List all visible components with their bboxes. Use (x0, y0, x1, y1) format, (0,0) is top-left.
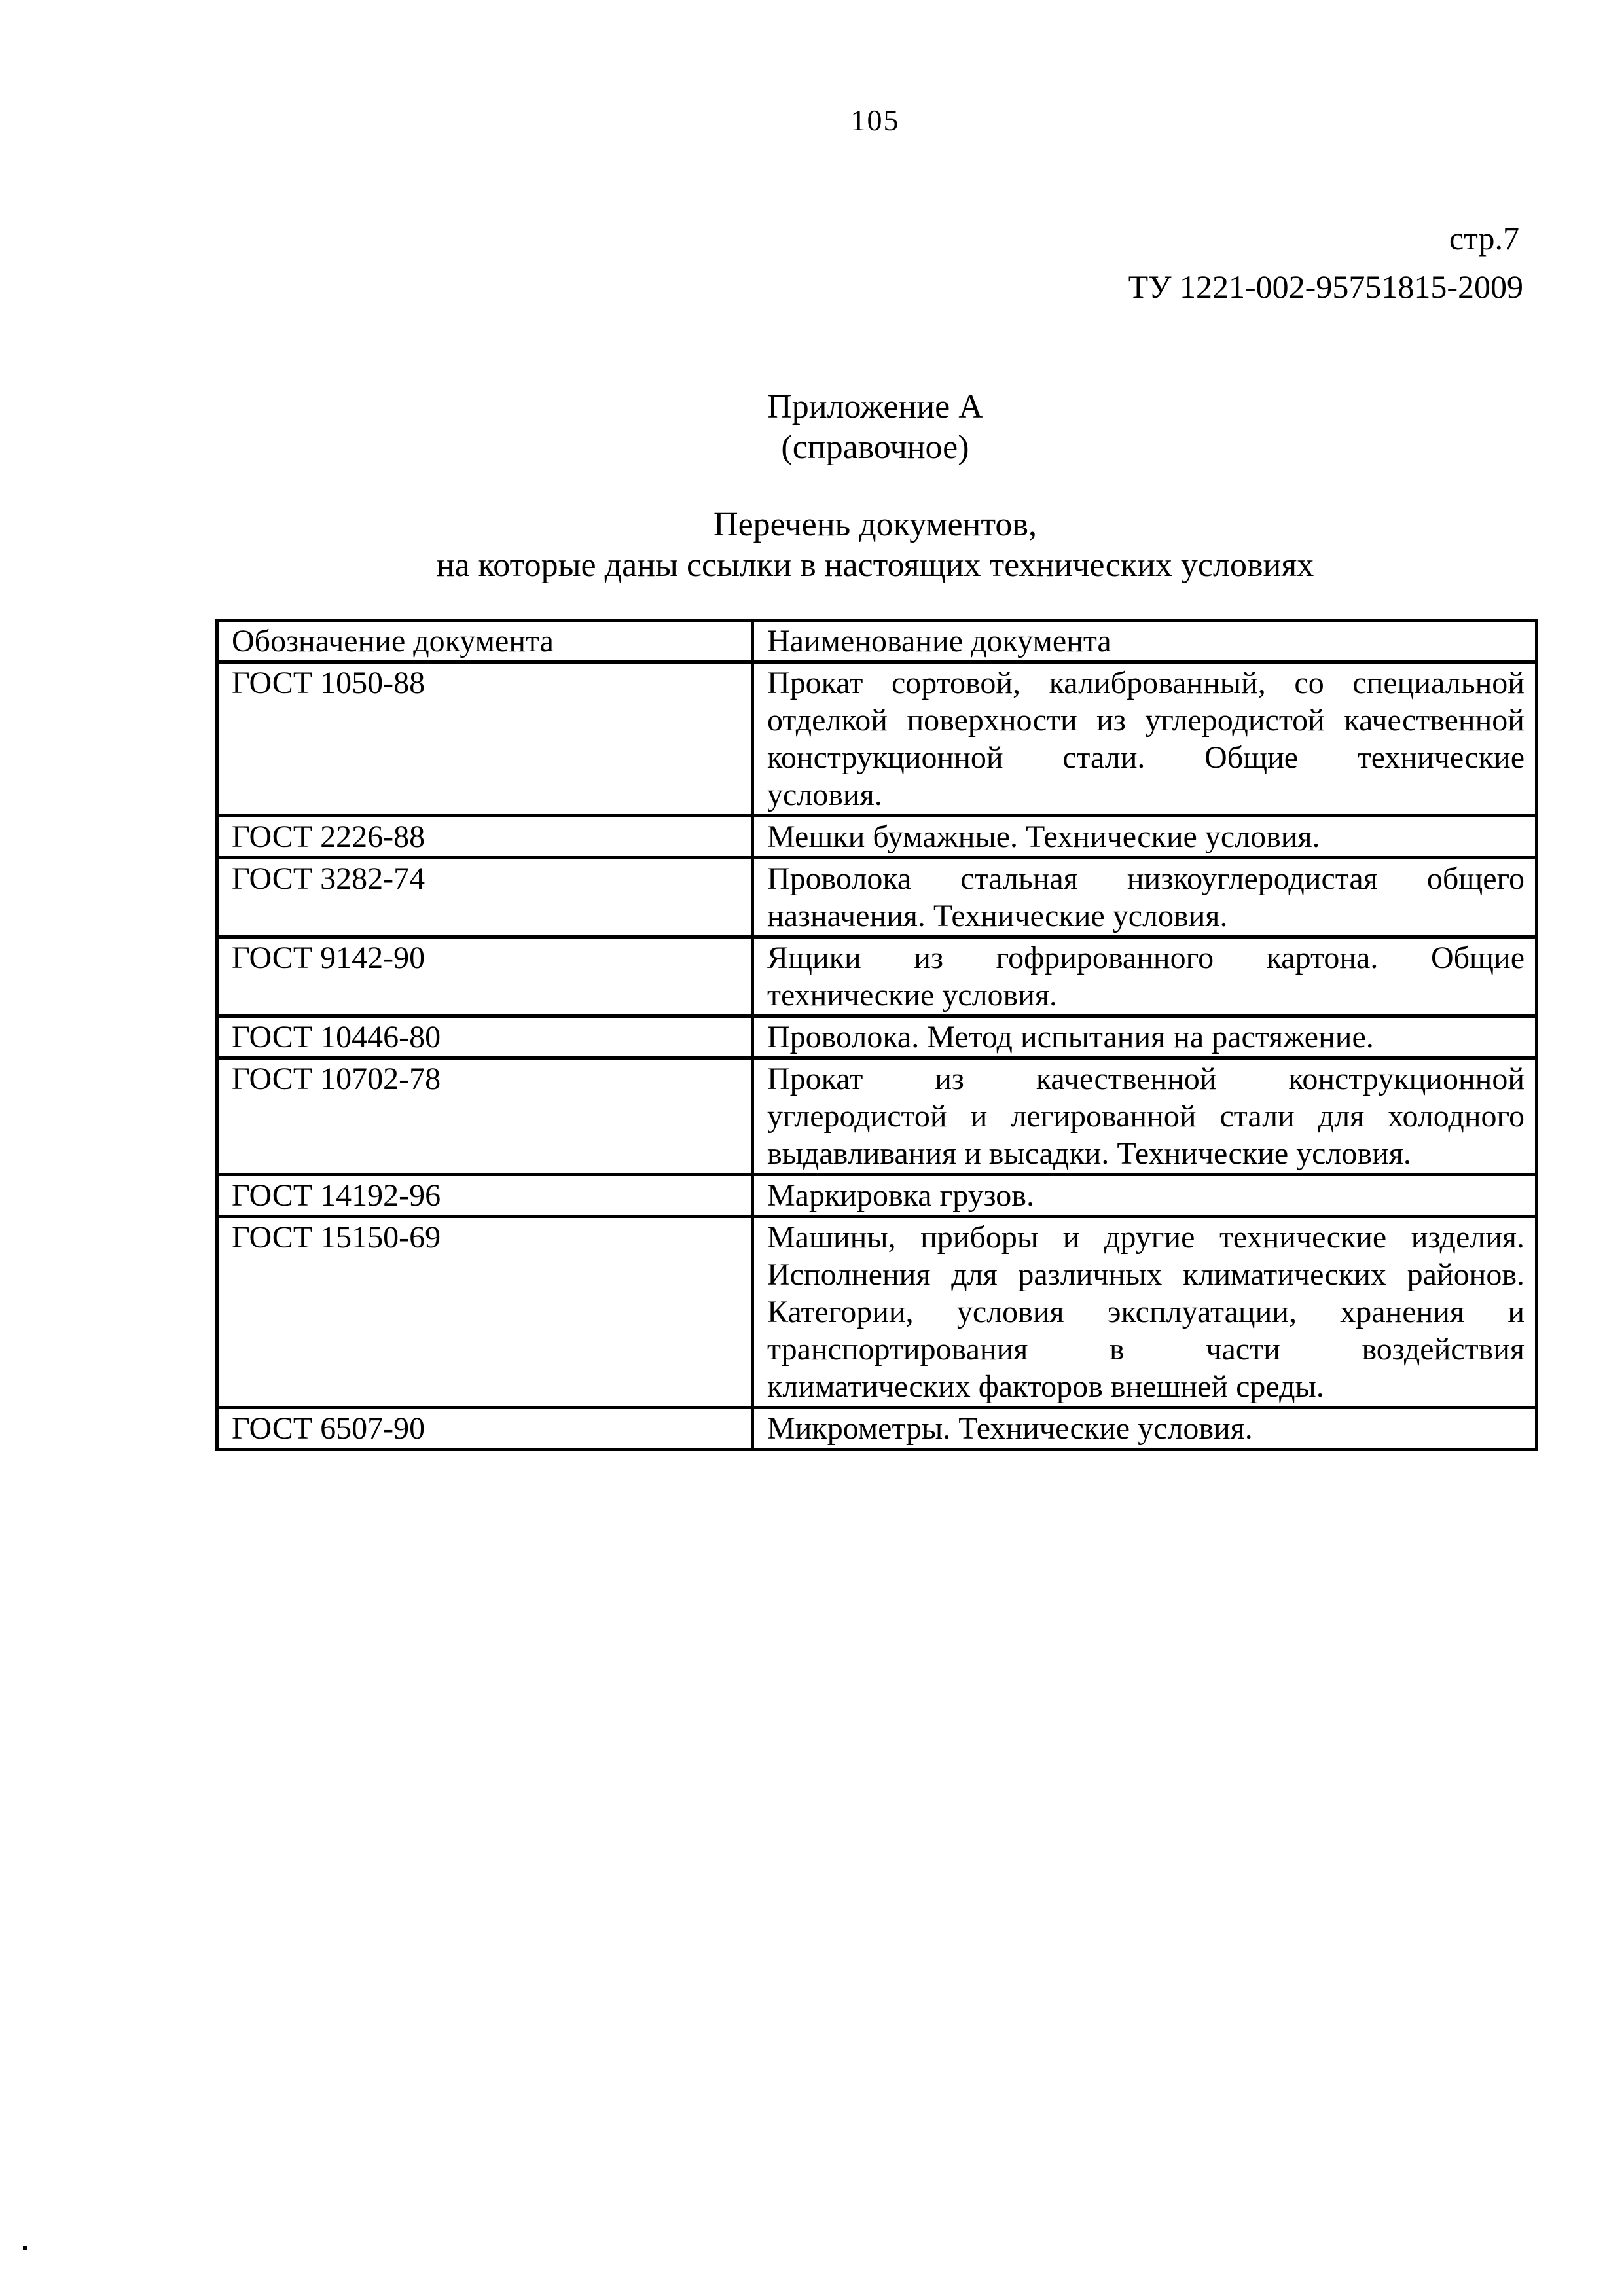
name-line: транспортирования в части воздействия (767, 1331, 1525, 1368)
name-cell: Маркировка грузов. (753, 1175, 1537, 1217)
name-cell: Прокат из качественной конструкционнойуг… (753, 1058, 1537, 1175)
name-line: Маркировка грузов. (767, 1177, 1525, 1214)
table-row: ГОСТ 3282-74Проволока стальная низкоугле… (217, 858, 1537, 937)
table-header-row: Обозначение документа Наименование докум… (217, 620, 1537, 662)
name-cell: Проволока. Метод испытания на растяжение… (753, 1016, 1537, 1058)
name-line: технические условия. (767, 977, 1525, 1014)
name-line: Прокат сортовой, калиброванный, со специ… (767, 664, 1525, 702)
doc-ref: ТУ 1221-002-95751815-2009 (215, 268, 1535, 305)
table-row: ГОСТ 15150-69Машины, приборы и другие те… (217, 1217, 1537, 1408)
name-line: Исполнения для различных климатических р… (767, 1256, 1525, 1293)
table-row: ГОСТ 10702-78Прокат из качественной конс… (217, 1058, 1537, 1175)
table-header-cell-name: Наименование документа (753, 620, 1537, 662)
name-line: Категории, условия эксплуатации, хранени… (767, 1293, 1525, 1331)
name-line: назначения. Технические условия. (767, 897, 1525, 935)
name-cell: Ящики из гофрированного картона. Общиете… (753, 937, 1537, 1016)
designation-cell: ГОСТ 10446-80 (217, 1016, 753, 1058)
designation-cell: ГОСТ 3282-74 (217, 858, 753, 937)
table-row: ГОСТ 14192-96Маркировка грузов. (217, 1175, 1537, 1217)
table-row: ГОСТ 1050-88Прокат сортовой, калиброванн… (217, 662, 1537, 816)
name-line: Микрометры. Технические условия. (767, 1410, 1525, 1447)
scanned-document-page: 105 стр.7 ТУ 1221-002-95751815-2009 Прил… (0, 0, 1624, 2296)
name-line: выдавливания и высадки. Технические усло… (767, 1135, 1525, 1172)
scan-artifact-dot (23, 2246, 27, 2250)
designation-cell: ГОСТ 9142-90 (217, 937, 753, 1016)
designation-cell: ГОСТ 14192-96 (217, 1175, 753, 1217)
table-row: ГОСТ 9142-90Ящики из гофрированного карт… (217, 937, 1537, 1016)
name-line: условия. (767, 776, 1525, 814)
name-line: углеродистой и легированной стали для хо… (767, 1098, 1525, 1135)
designation-cell: ГОСТ 15150-69 (217, 1217, 753, 1408)
designation-cell: ГОСТ 2226-88 (217, 816, 753, 858)
name-line: отделкой поверхности из углеродистой кач… (767, 702, 1525, 739)
name-cell: Прокат сортовой, калиброванный, со специ… (753, 662, 1537, 816)
name-line: Мешки бумажные. Технические условия. (767, 818, 1525, 855)
name-line: Прокат из качественной конструкционной (767, 1060, 1525, 1098)
table-row: ГОСТ 10446-80Проволока. Метод испытания … (217, 1016, 1537, 1058)
designation-cell: ГОСТ 6507-90 (217, 1408, 753, 1450)
page-ref: стр.7 (215, 220, 1535, 257)
table-row: ГОСТ 6507-90Микрометры. Технические усло… (217, 1408, 1537, 1450)
name-cell: Машины, приборы и другие технические изд… (753, 1217, 1537, 1408)
designation-cell: ГОСТ 1050-88 (217, 662, 753, 816)
appendix-title: Приложение А (215, 387, 1535, 427)
name-cell: Проволока стальная низкоуглеродистая общ… (753, 858, 1537, 937)
designation-cell: ГОСТ 10702-78 (217, 1058, 753, 1175)
name-cell: Мешки бумажные. Технические условия. (753, 816, 1537, 858)
name-line: Ящики из гофрированного картона. Общие (767, 939, 1525, 977)
table-row: ГОСТ 2226-88Мешки бумажные. Технические … (217, 816, 1537, 858)
references-table: Обозначение документа Наименование докум… (215, 619, 1538, 1451)
table-header-cell-designation: Обозначение документа (217, 620, 753, 662)
page-number: 105 (215, 103, 1535, 137)
name-line: конструкционной стали. Общие технические (767, 739, 1525, 776)
name-line: климатических факторов внешней среды. (767, 1368, 1525, 1405)
appendix-subtitle: (справочное) (215, 428, 1535, 467)
list-title-line1: Перечень документов, (215, 505, 1535, 545)
name-cell: Микрометры. Технические условия. (753, 1408, 1537, 1450)
name-line: Машины, приборы и другие технические изд… (767, 1219, 1525, 1256)
references-table-wrap: Обозначение документа Наименование докум… (215, 619, 1535, 1451)
references-table-body: ГОСТ 1050-88Прокат сортовой, калиброванн… (217, 662, 1537, 1450)
list-title-line2: на которые даны ссылки в настоящих техни… (215, 546, 1535, 585)
name-line: Проволока. Метод испытания на растяжение… (767, 1018, 1525, 1056)
name-line: Проволока стальная низкоуглеродистая общ… (767, 860, 1525, 897)
